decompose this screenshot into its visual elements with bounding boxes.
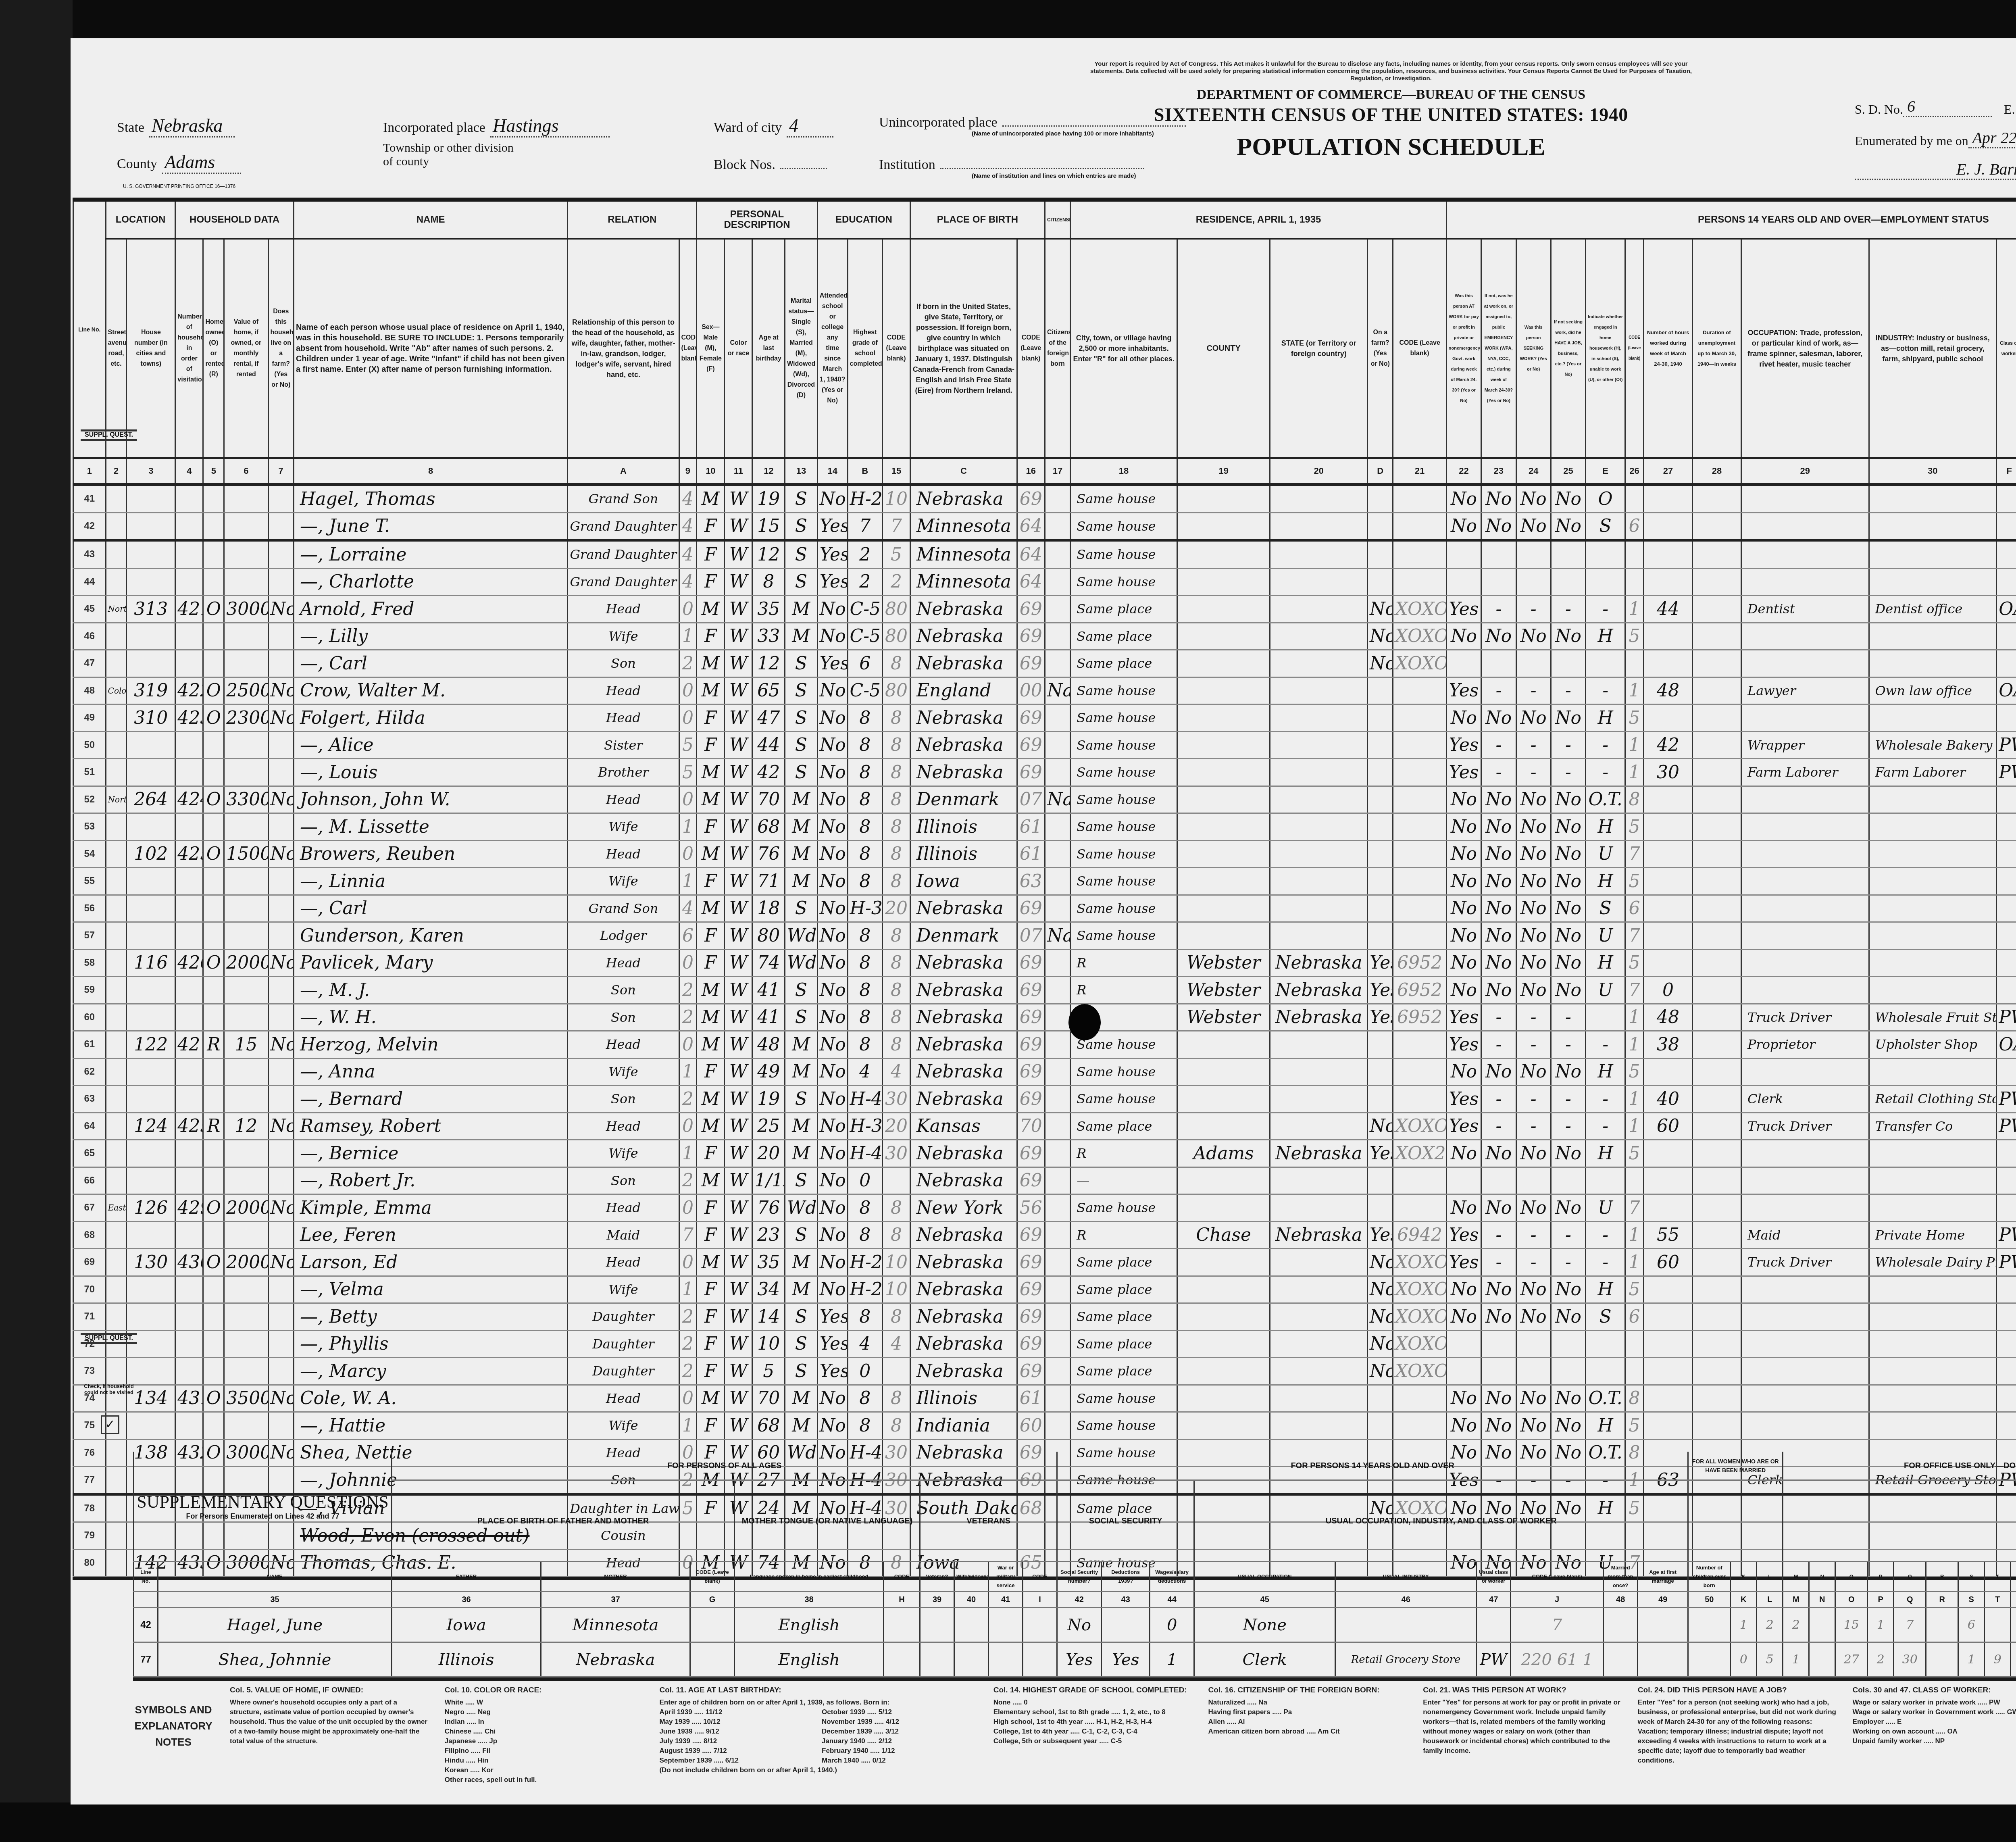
line-number: 48 (73, 677, 106, 704)
cell-age: 33 (752, 623, 785, 650)
cell-grade: 8 (848, 731, 882, 759)
cell-c27 (1693, 677, 1741, 704)
table-row: 58116426O2000NoPavlicek, MaryHead0FW74Wd… (73, 949, 2016, 977)
cell-e: 5 (1625, 623, 1644, 650)
supp-column-number: M (1783, 1591, 1809, 1607)
cell-own: O (203, 1385, 224, 1412)
cell-industry (1869, 1058, 1997, 1086)
cell-c26: 44 (1644, 596, 1693, 623)
column-number: E (1586, 458, 1625, 485)
cell-c24: No (1551, 1385, 1585, 1412)
cell-name: —, Carl (294, 895, 567, 922)
supp-office-cell: 1 (1783, 1642, 1809, 1677)
cell-industry: Farm Laborer (1869, 759, 1997, 786)
cell-street: North Colorado (106, 786, 127, 813)
cell-hh (175, 813, 203, 841)
col-24-header: If not seeking work, did he HAVE A JOB, … (1551, 239, 1585, 458)
cell-sex: F (697, 731, 725, 759)
cell-hh (175, 868, 203, 895)
cell-c25 (1586, 540, 1625, 568)
cell-industry (1869, 949, 1997, 977)
supp-cell-c41 (989, 1642, 1023, 1677)
cell-class (1997, 1412, 2016, 1440)
cell-c21: Yes (1446, 677, 1481, 704)
cell-grade: 8 (848, 813, 882, 841)
cell-res-city: Same place (1070, 1113, 1177, 1140)
cell-sex: F (697, 704, 725, 732)
supp-col-header: Q (1894, 1562, 1926, 1592)
supp-cell-tongue: English (735, 1642, 884, 1677)
cell-res-farm: No (1368, 650, 1393, 677)
cell-c22: - (1481, 731, 1516, 759)
cell-sex: M (697, 1031, 725, 1059)
cell-industry (1869, 650, 1997, 677)
cell-c21: No (1446, 1194, 1481, 1222)
cell-color: W (725, 704, 752, 732)
cell-c27 (1693, 731, 1741, 759)
cell-marital: S (785, 1358, 818, 1385)
cell-res-county (1177, 1058, 1270, 1086)
cell-c21: No (1446, 485, 1481, 513)
cell-street (106, 922, 127, 950)
cell-res-city: Same place (1070, 1249, 1177, 1276)
cell-d: 6952 (1393, 977, 1446, 1004)
cell-res-county: Webster (1177, 1004, 1270, 1031)
cell-sex: F (697, 949, 725, 977)
cell-class (1997, 895, 2016, 922)
cell-cit (1045, 949, 1070, 977)
note-item: December 1939 ..... 3/12 (822, 1727, 977, 1736)
col-21-header: Was this person AT WORK for pay or profi… (1446, 239, 1481, 458)
supp-column-number: O (1835, 1591, 1868, 1607)
supp-group-14-over: FOR PERSONS 14 YEARS OLD AND OVER (1057, 1452, 1688, 1480)
cell-c21 (1446, 1330, 1481, 1358)
cell-class (1997, 949, 2016, 977)
cell-c22: No (1481, 895, 1516, 922)
cell-a: 0 (679, 677, 697, 704)
supp-column-number: T (1985, 1591, 2011, 1607)
cell-c23: No (1516, 1412, 1551, 1440)
cell-a: 2 (679, 1303, 697, 1331)
cell-color: W (725, 1194, 752, 1222)
cell-d: XOXO (1393, 1330, 1446, 1358)
cell-c21: No (1446, 704, 1481, 732)
cell-c27 (1693, 1058, 1741, 1086)
column-number: 13 (785, 458, 818, 485)
cell-street (106, 759, 127, 786)
supp-cell-c39 (920, 1608, 954, 1642)
table-row: 67East 4th126429O2000NoKimple, EmmaHead0… (73, 1194, 2016, 1222)
cell-e (1625, 485, 1644, 513)
cell-res-state: Nebraska (1270, 977, 1368, 1004)
supp-quest-marker-77: SUPPL. QUEST. (81, 1333, 137, 1344)
col-occupation-header: OCCUPATION: Trade, profession, or partic… (1741, 239, 1869, 458)
cell-c22: No (1481, 813, 1516, 841)
cell-res-state (1270, 1113, 1368, 1140)
cell-c23: - (1516, 1004, 1551, 1031)
cell-color: W (725, 731, 752, 759)
cell-house (127, 1412, 175, 1440)
note-item: March 1940 ..... 0/12 (822, 1756, 977, 1765)
cell-color: W (725, 568, 752, 596)
cell-c23: - (1516, 677, 1551, 704)
cell-c: 69 (1017, 1167, 1045, 1194)
col-res-county-header: COUNTY (1177, 239, 1270, 458)
cell-b: 8 (882, 1303, 910, 1331)
supp-col-header: CODE (884, 1562, 920, 1592)
cell-class (1997, 485, 2016, 513)
cell-industry (1869, 840, 1997, 868)
cell-b: 30 (882, 1140, 910, 1167)
cell-c: 07 (1017, 786, 1045, 813)
cell-c26: 55 (1644, 1221, 1693, 1249)
cell-value (224, 1358, 268, 1385)
supp-col-header: T (1985, 1562, 2011, 1592)
cell-age: 44 (752, 731, 785, 759)
cell-res-state (1270, 922, 1368, 950)
cell-c: 69 (1017, 895, 1045, 922)
cell-c24: No (1551, 1412, 1585, 1440)
cell-house (127, 759, 175, 786)
cell-color: W (725, 1167, 752, 1194)
supp-column-number: 44 (1150, 1591, 1194, 1607)
cell-class (1997, 1303, 2016, 1331)
cell-res-county (1177, 513, 1270, 540)
cell-age: 15 (752, 513, 785, 540)
cell-class (1997, 704, 2016, 732)
cell-grade: 8 (848, 1221, 882, 1249)
supp-column-number: G (690, 1591, 735, 1607)
cell-res-city: Same house (1070, 540, 1177, 568)
cell-c26 (1644, 895, 1693, 922)
cell-farm (268, 1358, 294, 1385)
cell-c23 (1516, 1167, 1551, 1194)
cell-marital: M (785, 813, 818, 841)
cell-relation: Son (568, 1167, 679, 1194)
cell-hh (175, 650, 203, 677)
cell-c: 64 (1017, 513, 1045, 540)
cell-industry: Wholesale Bakery (1869, 731, 1997, 759)
table-row: 65—, BerniceWife1FW20MNoH-430Nebraska69R… (73, 1140, 2016, 1167)
cell-res-farm (1368, 1385, 1393, 1412)
cell-birthplace: Denmark (910, 922, 1017, 950)
cell-own (203, 731, 224, 759)
cell-d: 6952 (1393, 1004, 1446, 1031)
supp-sub-social: SOCIAL SECURITY (1057, 1480, 1194, 1562)
note-item: May 1939 ..... 10/12 (659, 1717, 815, 1727)
note-item: Japanese ..... Jp (445, 1736, 644, 1746)
col-value-header: Value of home, if owned, or monthly rent… (224, 239, 268, 458)
cell-occupation: Truck Driver (1741, 1113, 1869, 1140)
note-item: Korean ..... Kor (445, 1765, 644, 1775)
note-item: American citizen born abroad ..... Am Ci… (1208, 1727, 1407, 1736)
cell-c24: - (1551, 731, 1585, 759)
cell-e: 6 (1625, 513, 1644, 540)
line-number: 51 (73, 759, 106, 786)
supp-cell-line: 77 (134, 1642, 158, 1677)
note-item: Wage or salary worker in Government work… (1853, 1707, 2016, 1717)
supp-col-header: Married more than once? (1604, 1562, 1638, 1592)
cell-res-city: — (1070, 1167, 1177, 1194)
column-number: 29 (1741, 458, 1869, 485)
cell-c23 (1516, 568, 1551, 596)
cell-farm (268, 1004, 294, 1031)
cell-color: W (725, 1031, 752, 1059)
cell-name: —, Marcy (294, 1358, 567, 1385)
cell-farm (268, 868, 294, 895)
cell-marital: M (785, 786, 818, 813)
table-row: 71—, BettyDaughter2FW14SYes88Nebraska69S… (73, 1303, 2016, 1331)
cell-name: —, Phyllis (294, 1330, 567, 1358)
cell-res-farm (1368, 1086, 1393, 1113)
cell-farm (268, 1412, 294, 1440)
cell-c26 (1644, 704, 1693, 732)
cell-sex: F (697, 1058, 725, 1086)
cell-b: 8 (882, 840, 910, 868)
cell-res-farm: No (1368, 1113, 1393, 1140)
cell-name: Folgert, Hilda (294, 704, 567, 732)
cell-d (1393, 568, 1446, 596)
cell-c22: No (1481, 513, 1516, 540)
cell-house: 313 (127, 596, 175, 623)
cell-a: 0 (679, 1194, 697, 1222)
cell-c27 (1693, 1113, 1741, 1140)
cell-hh: 426 (175, 949, 203, 977)
supp-col-header: USUAL INDUSTRY (1335, 1562, 1477, 1592)
cell-hh (175, 1140, 203, 1167)
note-item: Unpaid family worker ..... NP (1853, 1736, 2016, 1746)
cell-res-city: Same place (1070, 1276, 1177, 1303)
cell-c26: 0 (1644, 977, 1693, 1004)
explanatory-notes: SYMBOLS AND EXPLANATORY NOTES Col. 5. VA… (133, 1686, 2016, 1798)
cell-c25: H (1586, 949, 1625, 977)
supp-col-header: CODE (Leave blank) (1511, 1562, 1604, 1592)
cell-hh (175, 922, 203, 950)
cell-street (106, 1276, 127, 1303)
column-number: 11 (725, 458, 752, 485)
cell-c21: Yes (1446, 1031, 1481, 1059)
cell-b: 30 (882, 1086, 910, 1113)
cell-birthplace: Nebraska (910, 1276, 1017, 1303)
cell-c23: No (1516, 1140, 1551, 1167)
cell-age: 65 (752, 677, 785, 704)
cell-street (106, 623, 127, 650)
cell-grade: 8 (848, 1031, 882, 1059)
supp-cell-c39 (920, 1642, 954, 1677)
supp-column-number: U (2011, 1591, 2016, 1607)
cell-c24: No (1551, 922, 1585, 950)
cell-res-farm: Yes (1368, 1221, 1393, 1249)
cell-res-city: Same house (1070, 1194, 1177, 1222)
cell-value (224, 1330, 268, 1358)
cell-a: 1 (679, 1276, 697, 1303)
cell-street (106, 1303, 127, 1331)
cell-relation: Maid (568, 1221, 679, 1249)
cell-relation: Wife (568, 868, 679, 895)
table-row: 60—, W. H.Son2MW41SNo88Nebraska69RWebste… (73, 1004, 2016, 1031)
cell-c25: H (1586, 623, 1625, 650)
cell-c26 (1644, 949, 1693, 977)
cell-c24: - (1551, 1113, 1585, 1140)
cell-res-county (1177, 677, 1270, 704)
cell-grade: 8 (848, 786, 882, 813)
cell-res-city: Same place (1070, 623, 1177, 650)
cell-res-farm (1368, 1194, 1393, 1222)
cell-e: 5 (1625, 704, 1644, 732)
supp-sub-parents: PLACE OF BIRTH OF FATHER AND MOTHER (392, 1480, 735, 1562)
cell-a: 1 (679, 868, 697, 895)
block-value (780, 168, 827, 169)
cell-res-county (1177, 650, 1270, 677)
cell-street (106, 1031, 127, 1059)
supp-office-cell (1985, 1608, 2011, 1642)
cell-c: 64 (1017, 540, 1045, 568)
film-border-left (0, 0, 73, 1842)
cell-relation: Son (568, 1004, 679, 1031)
cell-c21: No (1446, 895, 1481, 922)
column-number: A (568, 458, 679, 485)
cell-birthplace: Nebraska (910, 1086, 1017, 1113)
cell-b: 4 (882, 1330, 910, 1358)
cell-c23 (1516, 540, 1551, 568)
cell-street (106, 1058, 127, 1086)
cell-c: 69 (1017, 704, 1045, 732)
ink-blot (1068, 1004, 1101, 1040)
table-row: 69130430O2000NoLarson, EdHead0MW35MNoH-2… (73, 1249, 2016, 1276)
cell-c24: No (1551, 813, 1585, 841)
cell-color: W (725, 485, 752, 513)
cell-name: Cole, W. A. (294, 1385, 567, 1412)
cell-c: 69 (1017, 1086, 1045, 1113)
cell-c27 (1693, 704, 1741, 732)
cell-cit (1045, 895, 1070, 922)
cell-e: 6 (1625, 895, 1644, 922)
cell-c27 (1693, 840, 1741, 868)
cell-hh (175, 1412, 203, 1440)
check-household-box[interactable]: ✓ (101, 1415, 119, 1434)
cell-name: Hagel, Thomas (294, 485, 567, 513)
cell-marital: M (785, 1113, 818, 1140)
cell-hh (175, 485, 203, 513)
note-col10: Col. 10. COLOR OR RACE:White ..... WNegr… (445, 1686, 644, 1798)
table-row: 72—, PhyllisDaughter2FW10SYes44Nebraska6… (73, 1330, 2016, 1358)
cell-farm (268, 977, 294, 1004)
supp-cell-c44: 0 (1150, 1608, 1194, 1642)
cell-e: 1 (1625, 596, 1644, 623)
cell-own: R (203, 1113, 224, 1140)
cell-sex: M (697, 1385, 725, 1412)
supp-col-header: Wife/widow/child (954, 1562, 989, 1592)
cell-own: O (203, 786, 224, 813)
cell-house (127, 922, 175, 950)
cell-cit (1045, 596, 1070, 623)
cell-own (203, 1140, 224, 1167)
cell-name: —, Louis (294, 759, 567, 786)
cell-occupation (1741, 977, 1869, 1004)
line-number: 61 (73, 1031, 106, 1059)
cell-res-state (1270, 1058, 1368, 1086)
supp-row: 42Hagel, JuneIowaMinnesotaEnglishNo0None… (134, 1608, 2016, 1642)
cell-age: 5 (752, 1358, 785, 1385)
supp-col-header: U (2011, 1562, 2016, 1592)
cell-house (127, 1004, 175, 1031)
col-age-header: Age at last birthday (752, 239, 785, 458)
cell-c25: H (1586, 1140, 1625, 1167)
cell-school: Yes (817, 1358, 848, 1385)
cell-d: 6952 (1393, 949, 1446, 977)
column-number: 14 (817, 458, 848, 485)
cell-value: 2300 (224, 704, 268, 732)
note-item: Working on own account ..... OA (1853, 1727, 2016, 1736)
cell-value (224, 1004, 268, 1031)
cell-b: 8 (882, 1221, 910, 1249)
cell-own (203, 895, 224, 922)
cell-name: —, M. J. (294, 977, 567, 1004)
line-number: 42 (73, 513, 106, 540)
cell-c22 (1481, 650, 1516, 677)
cell-c22: No (1481, 1276, 1516, 1303)
column-number: 24 (1516, 458, 1551, 485)
cell-name: —, Bernice (294, 1140, 567, 1167)
cell-cit (1045, 1004, 1070, 1031)
cell-relation: Grand Son (568, 895, 679, 922)
table-row: 59—, M. J.Son2MW41SNo88Nebraska69RWebste… (73, 977, 2016, 1004)
cell-res-farm: No (1368, 1358, 1393, 1385)
cell-c27 (1693, 1303, 1741, 1331)
supp-col-header: Social Security number? (1057, 1562, 1102, 1592)
cell-occupation (1741, 1194, 1869, 1222)
cell-marital: S (785, 513, 818, 540)
cell-industry: Transfer Co (1869, 1113, 1997, 1140)
cell-c: 07 (1017, 922, 1045, 950)
note-item: None ..... 0 (993, 1698, 1192, 1707)
note-col21-text: Enter "Yes" for persons at work for pay … (1423, 1698, 1622, 1756)
cell-cit (1045, 1221, 1070, 1249)
cell-c22: No (1481, 868, 1516, 895)
cell-street (106, 1358, 127, 1385)
cell-res-farm: Yes (1368, 949, 1393, 977)
cell-relation: Son (568, 977, 679, 1004)
cell-occupation (1741, 949, 1869, 977)
cell-class (1997, 540, 2016, 568)
cell-industry (1869, 1194, 1997, 1222)
cell-grade: H-4 (848, 1140, 882, 1167)
cell-street (106, 513, 127, 540)
cell-sex: M (697, 759, 725, 786)
cell-c24: No (1551, 1194, 1585, 1222)
cell-c22: - (1481, 1031, 1516, 1059)
col-street-header: Street, avenue, road, etc. (106, 239, 127, 458)
cell-b: 5 (882, 540, 910, 568)
printer-note: U. S. GOVERNMENT PRINTING OFFICE 16—1376 (123, 183, 235, 189)
cell-school: Yes (817, 650, 848, 677)
cell-res-farm (1368, 895, 1393, 922)
note-item: Indian ..... In (445, 1717, 644, 1727)
note-col5-title: Col. 5. VALUE OF HOME, IF OWNED: (230, 1686, 429, 1695)
cell-hh (175, 1167, 203, 1194)
column-number: 9 (679, 458, 697, 485)
cell-occupation (1741, 840, 1869, 868)
cell-own (203, 922, 224, 950)
line-number: 67 (73, 1194, 106, 1222)
cell-occupation: Truck Driver (1741, 1249, 1869, 1276)
supp-column-number: P (1868, 1591, 1894, 1607)
cell-class (1997, 1140, 2016, 1167)
cell-sex: F (697, 568, 725, 596)
cell-c23: No (1516, 895, 1551, 922)
cell-e: 5 (1625, 813, 1644, 841)
supp-office-cell: 2 (1783, 1608, 1809, 1642)
